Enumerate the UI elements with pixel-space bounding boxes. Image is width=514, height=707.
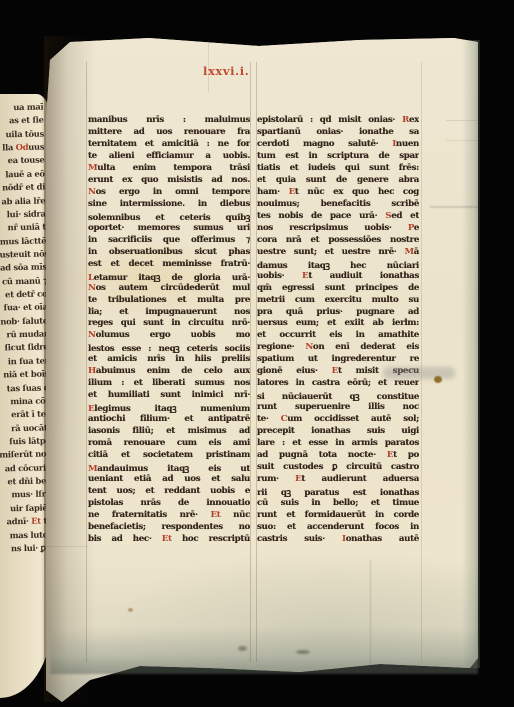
text-line: et amicis nrīs in hiis preliis xyxy=(88,354,250,365)
text-line: lla Oduus xyxy=(0,142,44,154)
line-text: te· xyxy=(257,414,281,424)
line-text: ueniant etiā ad uos et salu xyxy=(88,474,250,484)
line-text: uila tōus xyxy=(5,128,44,139)
text-line: suo: et accenderunt focos in xyxy=(257,522,419,533)
line-text: nūc xyxy=(220,510,250,520)
text-line: tiatis et iudeis qui sunt frēs: xyxy=(257,163,419,174)
text-line: ilium : et liberati sumus nos xyxy=(88,378,250,389)
line-text: nōdr̄ et di xyxy=(2,182,45,193)
text-line: ſua· et oīa xyxy=(0,302,48,314)
text-line: sine intermissione. in diebus xyxy=(88,199,250,210)
text-line: Mandauimus itaqꝫ eis ut xyxy=(88,462,250,473)
versal-initial: N xyxy=(88,330,96,340)
line-text: as et ſie xyxy=(9,115,44,126)
line-text: rum· xyxy=(257,474,295,484)
text-line: ne fraternitatis nrē· Et nūc xyxy=(88,510,250,521)
text-line: as et ſie xyxy=(0,115,44,127)
line-text: olumus ergo uobis mo xyxy=(96,330,250,340)
line-text: suo: et accenderunt focos in xyxy=(257,522,419,532)
fold-line-lower xyxy=(446,140,478,141)
line-text: uestre sunt; et uestre nrē· xyxy=(257,247,404,257)
text-line: lia; et impugnauerunt nos xyxy=(88,307,250,318)
line-text: ab alia lr̄e xyxy=(1,195,45,206)
text-line: regione· Non enī dederat eis xyxy=(257,342,419,353)
margin-smudge xyxy=(383,367,455,379)
text-line: uobis· Et audiuit ionathas xyxy=(257,271,419,282)
line-text: bis ad hec· xyxy=(88,534,162,544)
text-line: mus lācttē xyxy=(0,235,46,247)
line-text: uersus eum; et exiit ab ierlm: xyxy=(257,318,419,328)
text-line: in sacrificiis que offerimus ⁊ xyxy=(88,235,250,246)
fold-line-upper xyxy=(446,120,478,121)
text-line: te· Cum occidisset autē sol; xyxy=(257,414,419,425)
text-line: spartianū onias· ionathe sa xyxy=(257,127,419,138)
text-line: solemnibus et ceteris quibꝫ xyxy=(88,211,250,222)
text-line: runt superuenire illis noc xyxy=(257,402,419,413)
line-text: damus itaqꝫ hec nūciari xyxy=(257,261,419,270)
line-text: t nūc ex quo hec cog xyxy=(295,187,419,197)
line-text: cū manū ⁊ xyxy=(2,275,47,286)
wax-stain xyxy=(434,376,442,383)
text-line: ua maī xyxy=(0,102,43,114)
versal-initial: H xyxy=(88,366,96,376)
line-text: adnī· xyxy=(6,516,31,527)
text-line: erunt ex quo misistis ad nos. xyxy=(88,175,250,186)
line-text: lauē a eō xyxy=(5,168,45,179)
text-line: latores in castra eōrū; et reuer xyxy=(257,378,419,389)
line-text: andauimus itaqꝫ eis ut xyxy=(97,464,250,473)
line-text: mus lācttē xyxy=(0,235,46,246)
edge-speck xyxy=(296,650,310,654)
line-text: reges qui sunt in circuitu nrō· xyxy=(88,318,250,328)
versal-initial: N xyxy=(305,342,313,352)
text-line: uestre sunt; et uestre nrē· Mā xyxy=(257,247,419,258)
line-text: cerdoti magno salutē· xyxy=(257,139,392,149)
line-text: ad sōa mīs xyxy=(0,262,47,273)
text-line: cora nrā et possessiōes nostre xyxy=(257,235,419,246)
line-text: tent uos; et reddant uobis e xyxy=(88,486,250,496)
text-line: nōdr̄ et di xyxy=(0,182,45,194)
line-text: solemnibus et ceteris quibꝫ xyxy=(88,213,250,222)
text-line: in obseruationibus sicut phas xyxy=(88,247,250,258)
text-line: si nūciauerūt qꝫ constitue xyxy=(257,390,419,401)
text-line: uersus eum; et exiit ab ierlm: xyxy=(257,318,419,329)
line-text: e xyxy=(414,223,419,233)
line-text: nouimus; benefacitis scribē xyxy=(257,199,419,209)
text-line: qm̄ egressi sunt principes de xyxy=(257,283,419,294)
text-line: Nolumus ergo uobis mo xyxy=(88,330,250,341)
text-line: te tribulationes et multa pre xyxy=(88,295,250,306)
line-text: sine intermissione. in diebus xyxy=(88,199,250,209)
text-line: lare : et esse in armis paratos xyxy=(257,438,419,449)
line-text: cū suis in bello; et timue xyxy=(257,498,419,508)
text-line: lauē a eō xyxy=(0,168,45,180)
text-line: et occurrit eis in amathite xyxy=(257,330,419,341)
text-line: runt et formidauerūt in corde xyxy=(257,510,419,521)
text-line: castris suis· Ionathas autē xyxy=(257,534,419,545)
line-text: latores in castra eōrū; et reuer xyxy=(257,378,419,388)
line-text: nr̄ uniā t xyxy=(7,222,45,233)
line-text: si nūciauerūt qꝫ constitue xyxy=(257,392,419,401)
line-text: metrii cum exercitu multo su xyxy=(257,295,419,305)
line-text: et humiliati sunt inimici nrī· xyxy=(88,390,250,400)
line-text: et quia sunt de genere abra xyxy=(257,175,419,185)
line-text: est et decet meminisse fratrū· xyxy=(88,259,250,269)
text-line: pistolas nrās de innouatio xyxy=(88,498,250,509)
text-line: austeuit nōs xyxy=(0,248,47,260)
text-line: tes nobis de pace urā· Sed et xyxy=(257,211,419,222)
line-text: precepit ionathas suis uigi xyxy=(257,426,419,436)
text-line: bis ad hec· Et hoc rescriptū xyxy=(88,534,250,545)
line-text: te tribulationes et multa pre xyxy=(88,295,250,305)
line-text: lare : et esse in armis paratos xyxy=(257,438,419,448)
line-text: iasonis filiū; et misimus ad xyxy=(88,426,250,436)
text-line: damus itaqꝫ hec nūciari xyxy=(257,259,419,270)
line-text: runt superuenire illis noc xyxy=(257,402,419,412)
line-text: qm̄ egressi sunt principes de xyxy=(257,283,419,293)
line-text: rii qꝫ paratus est ionathas xyxy=(257,488,419,497)
line-text: et amicis nrīs in hiis preliis xyxy=(88,354,250,364)
line-text: spartianū onias· ionathe sa xyxy=(257,127,419,137)
line-text: t audierunt aduersa xyxy=(301,474,419,484)
text-line: te alieni efficiamur a uobis. xyxy=(88,151,250,162)
versal-initial: N xyxy=(88,283,96,293)
text-column-left: manibus nrīs : maluimusmittere ad uos re… xyxy=(88,115,250,545)
line-text: ed et xyxy=(391,211,419,221)
text-line: est et decet meminisse fratrū· xyxy=(88,259,250,270)
line-text: os ergo in omni tempore xyxy=(96,187,250,197)
line-text: nob· ſalute xyxy=(0,315,48,326)
facing-page-edge: ua maīas et ſieuila tōuslla Oduusea tous… xyxy=(0,94,52,698)
edge-speck xyxy=(238,646,247,651)
line-text: epistolarū : qd̄ misit onias· xyxy=(257,115,402,125)
text-line: rii qꝫ paratus est ionathas xyxy=(257,486,419,497)
text-line: oportet· memores sumus uri xyxy=(88,223,250,234)
text-line: nr̄ uniā t xyxy=(0,222,46,234)
line-text: ā xyxy=(414,247,419,257)
vertical-crease xyxy=(370,560,371,668)
text-line: ternitatem et amicitiā : ne for xyxy=(88,139,250,150)
line-text: oportet· memores sumus uri xyxy=(88,223,250,233)
line-text: tiatis et iudeis qui sunt frēs: xyxy=(257,163,419,173)
text-line: Nos autem circūdederūt mul xyxy=(88,283,250,294)
line-text: os autem circūdederūt mul xyxy=(96,283,250,293)
text-line: Letamur itaqꝫ de gloria urā· xyxy=(88,271,250,282)
line-text: citiā et societatem pristinam xyxy=(88,450,250,460)
text-line: tent uos; et reddant uobis e xyxy=(88,486,250,497)
ruling-line-intercolumn-1 xyxy=(250,62,251,662)
running-header: lxxvi.i. xyxy=(203,64,249,78)
versal-initial: Od xyxy=(16,142,29,152)
text-line: lestos esse : neqꝫ ceteris sociis xyxy=(88,342,250,353)
versal-initial: Et xyxy=(31,516,41,526)
line-text: ua maī xyxy=(13,102,43,113)
line-text: pistolas nrās de innouatio xyxy=(88,498,250,508)
line-text: gionē eius· xyxy=(257,366,332,376)
text-line: antiochi filium· et antipatrē xyxy=(88,414,250,425)
line-text: austeuit nōs xyxy=(0,248,47,259)
text-line: citiā et societatem pristinam xyxy=(88,450,250,461)
text-line: manibus nrīs : maluimus xyxy=(88,115,250,126)
text-line: Multa enim tempora trāsi xyxy=(88,163,250,174)
text-line: spatium ut ingrederentur re xyxy=(257,354,419,365)
line-text: cora nrā et possessiōes nostre xyxy=(257,235,419,245)
line-text: lia; et impugnauerunt nos xyxy=(88,307,250,317)
text-line: epistolarū : qd̄ misit onias· Rex xyxy=(257,115,419,126)
text-line: nouimus; benefacitis scribē xyxy=(257,199,419,210)
line-text: in sacrificiis que offerimus ⁊ xyxy=(88,235,250,245)
versal-initial: M xyxy=(88,163,97,173)
line-text: lla xyxy=(2,142,16,152)
line-text: legimus itaqꝫ numenium xyxy=(94,404,250,413)
line-text: nuen xyxy=(396,139,419,149)
text-column-right: epistolarū : qd̄ misit onias· Rexspartia… xyxy=(257,115,419,545)
versal-initial: M xyxy=(404,247,413,257)
line-text: benefacietis; respondentes no xyxy=(88,522,250,532)
line-text: ilium : et liberati sumus nos xyxy=(88,378,250,388)
text-line: iasonis filiū; et misimus ad xyxy=(88,426,250,437)
line-text: lui· sidra xyxy=(7,208,46,219)
line-text: ham· xyxy=(257,187,289,197)
line-text: mittere ad uos renouare fra xyxy=(88,127,250,137)
text-line: ab alia lr̄e xyxy=(0,195,45,207)
line-text: ex xyxy=(409,115,419,125)
text-line: cerdoti magno salutē· Inuen xyxy=(257,139,419,150)
line-text: uobis· xyxy=(257,271,302,281)
manuscript-photograph: ua maīas et ſieuila tōuslla Oduusea tous… xyxy=(0,0,514,707)
line-text: et occurrit eis in amathite xyxy=(257,330,419,340)
text-line: et detr̄ co xyxy=(0,288,47,300)
text-line: benefacietis; respondentes no xyxy=(88,522,250,533)
text-line: uila tōus xyxy=(0,128,44,140)
line-text: pra quā prius· pugnare ad xyxy=(257,307,419,317)
text-line: et quia sunt de genere abra xyxy=(257,175,419,186)
text-line: cū manū ⁊ xyxy=(0,275,47,287)
line-text: t po xyxy=(393,450,419,460)
line-text: erunt ex quo misistis ad nos. xyxy=(88,175,250,185)
text-line: ea touse xyxy=(0,155,45,167)
versal-initial: Et xyxy=(210,510,220,520)
text-line: rum· Et audierunt aduersa xyxy=(257,474,419,485)
line-text: castris suis· xyxy=(257,534,342,544)
text-line: tum est in scriptura de spar xyxy=(257,151,419,162)
line-text: manibus nrīs : maluimus xyxy=(88,115,250,125)
line-text: hoc rescriptū xyxy=(172,534,250,544)
text-line: rū mudar xyxy=(0,329,48,341)
text-line: ad pugnā tota nocte· Et po xyxy=(257,450,419,461)
line-text: ad pugnā tota nocte· xyxy=(257,450,387,460)
text-line: nob· ſalute xyxy=(0,315,48,327)
line-text: runt et formidauerūt in corde xyxy=(257,510,419,520)
line-text: romā renouare cum eis ami xyxy=(88,438,250,448)
ruling-line-left-margin xyxy=(86,62,87,662)
small-stain xyxy=(128,608,133,612)
line-text: onathas autē xyxy=(346,534,419,544)
line-text: ternitatem et amicitiā : ne for xyxy=(88,139,250,149)
line-text: abuimus enim de celo aux xyxy=(96,366,250,376)
line-text: suit custodes ꝑ circuitū castro xyxy=(257,462,419,472)
line-text: antiochi filium· et antipatrē xyxy=(88,414,250,424)
versal-initial: M xyxy=(88,464,97,473)
text-line: lui· sidra xyxy=(0,208,46,220)
line-text: ea touse xyxy=(8,155,45,166)
text-line: romā renouare cum eis ami xyxy=(88,438,250,449)
text-line: ueniant etiā ad uos et salu xyxy=(88,474,250,485)
line-text: ulta enim tempora trāsi xyxy=(97,163,250,173)
gutter-fold-line xyxy=(46,546,88,547)
line-text: spatium ut ingrederentur re xyxy=(257,354,419,364)
text-line: precepit ionathas suis uigi xyxy=(257,426,419,437)
text-line: ad sōa mīs xyxy=(0,262,47,274)
line-text: on enī dederat eis xyxy=(313,342,419,352)
text-line: reges qui sunt in circuitu nrō· xyxy=(88,318,250,329)
line-text: regione· xyxy=(257,342,305,352)
line-text: um occidisset autē sol; xyxy=(287,414,419,424)
text-line: nos rescripsimus uobis· Pe xyxy=(257,223,419,234)
ruling-line-right-margin xyxy=(421,62,422,662)
versal-initial: R xyxy=(402,115,409,125)
text-line: cū suis in bello; et timue xyxy=(257,498,419,509)
text-line: pra quā prius· pugnare ad xyxy=(257,307,419,318)
versal-initial: Et xyxy=(162,534,172,544)
text-line: ham· Et nūc ex quo hec cog xyxy=(257,187,419,198)
horizontal-fold-crease xyxy=(430,206,478,208)
text-line: Habuimus enim de celo aux xyxy=(88,366,250,377)
versal-initial: N xyxy=(88,187,96,197)
line-text: in obseruationibus sicut phas xyxy=(88,247,250,257)
line-text: tes nobis de pace urā· xyxy=(257,211,385,221)
text-line: suit custodes ꝑ circuitū castro xyxy=(257,462,419,473)
line-text: ne fraternitatis nrē· xyxy=(88,510,210,520)
line-text: nos rescripsimus uobis· xyxy=(257,223,408,233)
text-line: metrii cum exercitu multo su xyxy=(257,295,419,306)
text-line: Elegimus itaqꝫ numenium xyxy=(88,402,250,413)
line-text: etamur itaqꝫ de gloria urā· xyxy=(94,273,250,282)
text-line: mittere ad uos renouare fra xyxy=(88,127,250,138)
line-text: t audiuit ionathas xyxy=(308,271,419,281)
text-line: et humiliati sunt inimici nrī· xyxy=(88,390,250,401)
text-line: Nos ergo in omni tempore xyxy=(88,187,250,198)
line-text: tum est in scriptura de spar xyxy=(257,151,419,161)
line-text: lestos esse : neqꝫ ceteris sociis xyxy=(88,344,250,353)
line-text: te alieni efficiamur a uobis. xyxy=(88,151,250,161)
